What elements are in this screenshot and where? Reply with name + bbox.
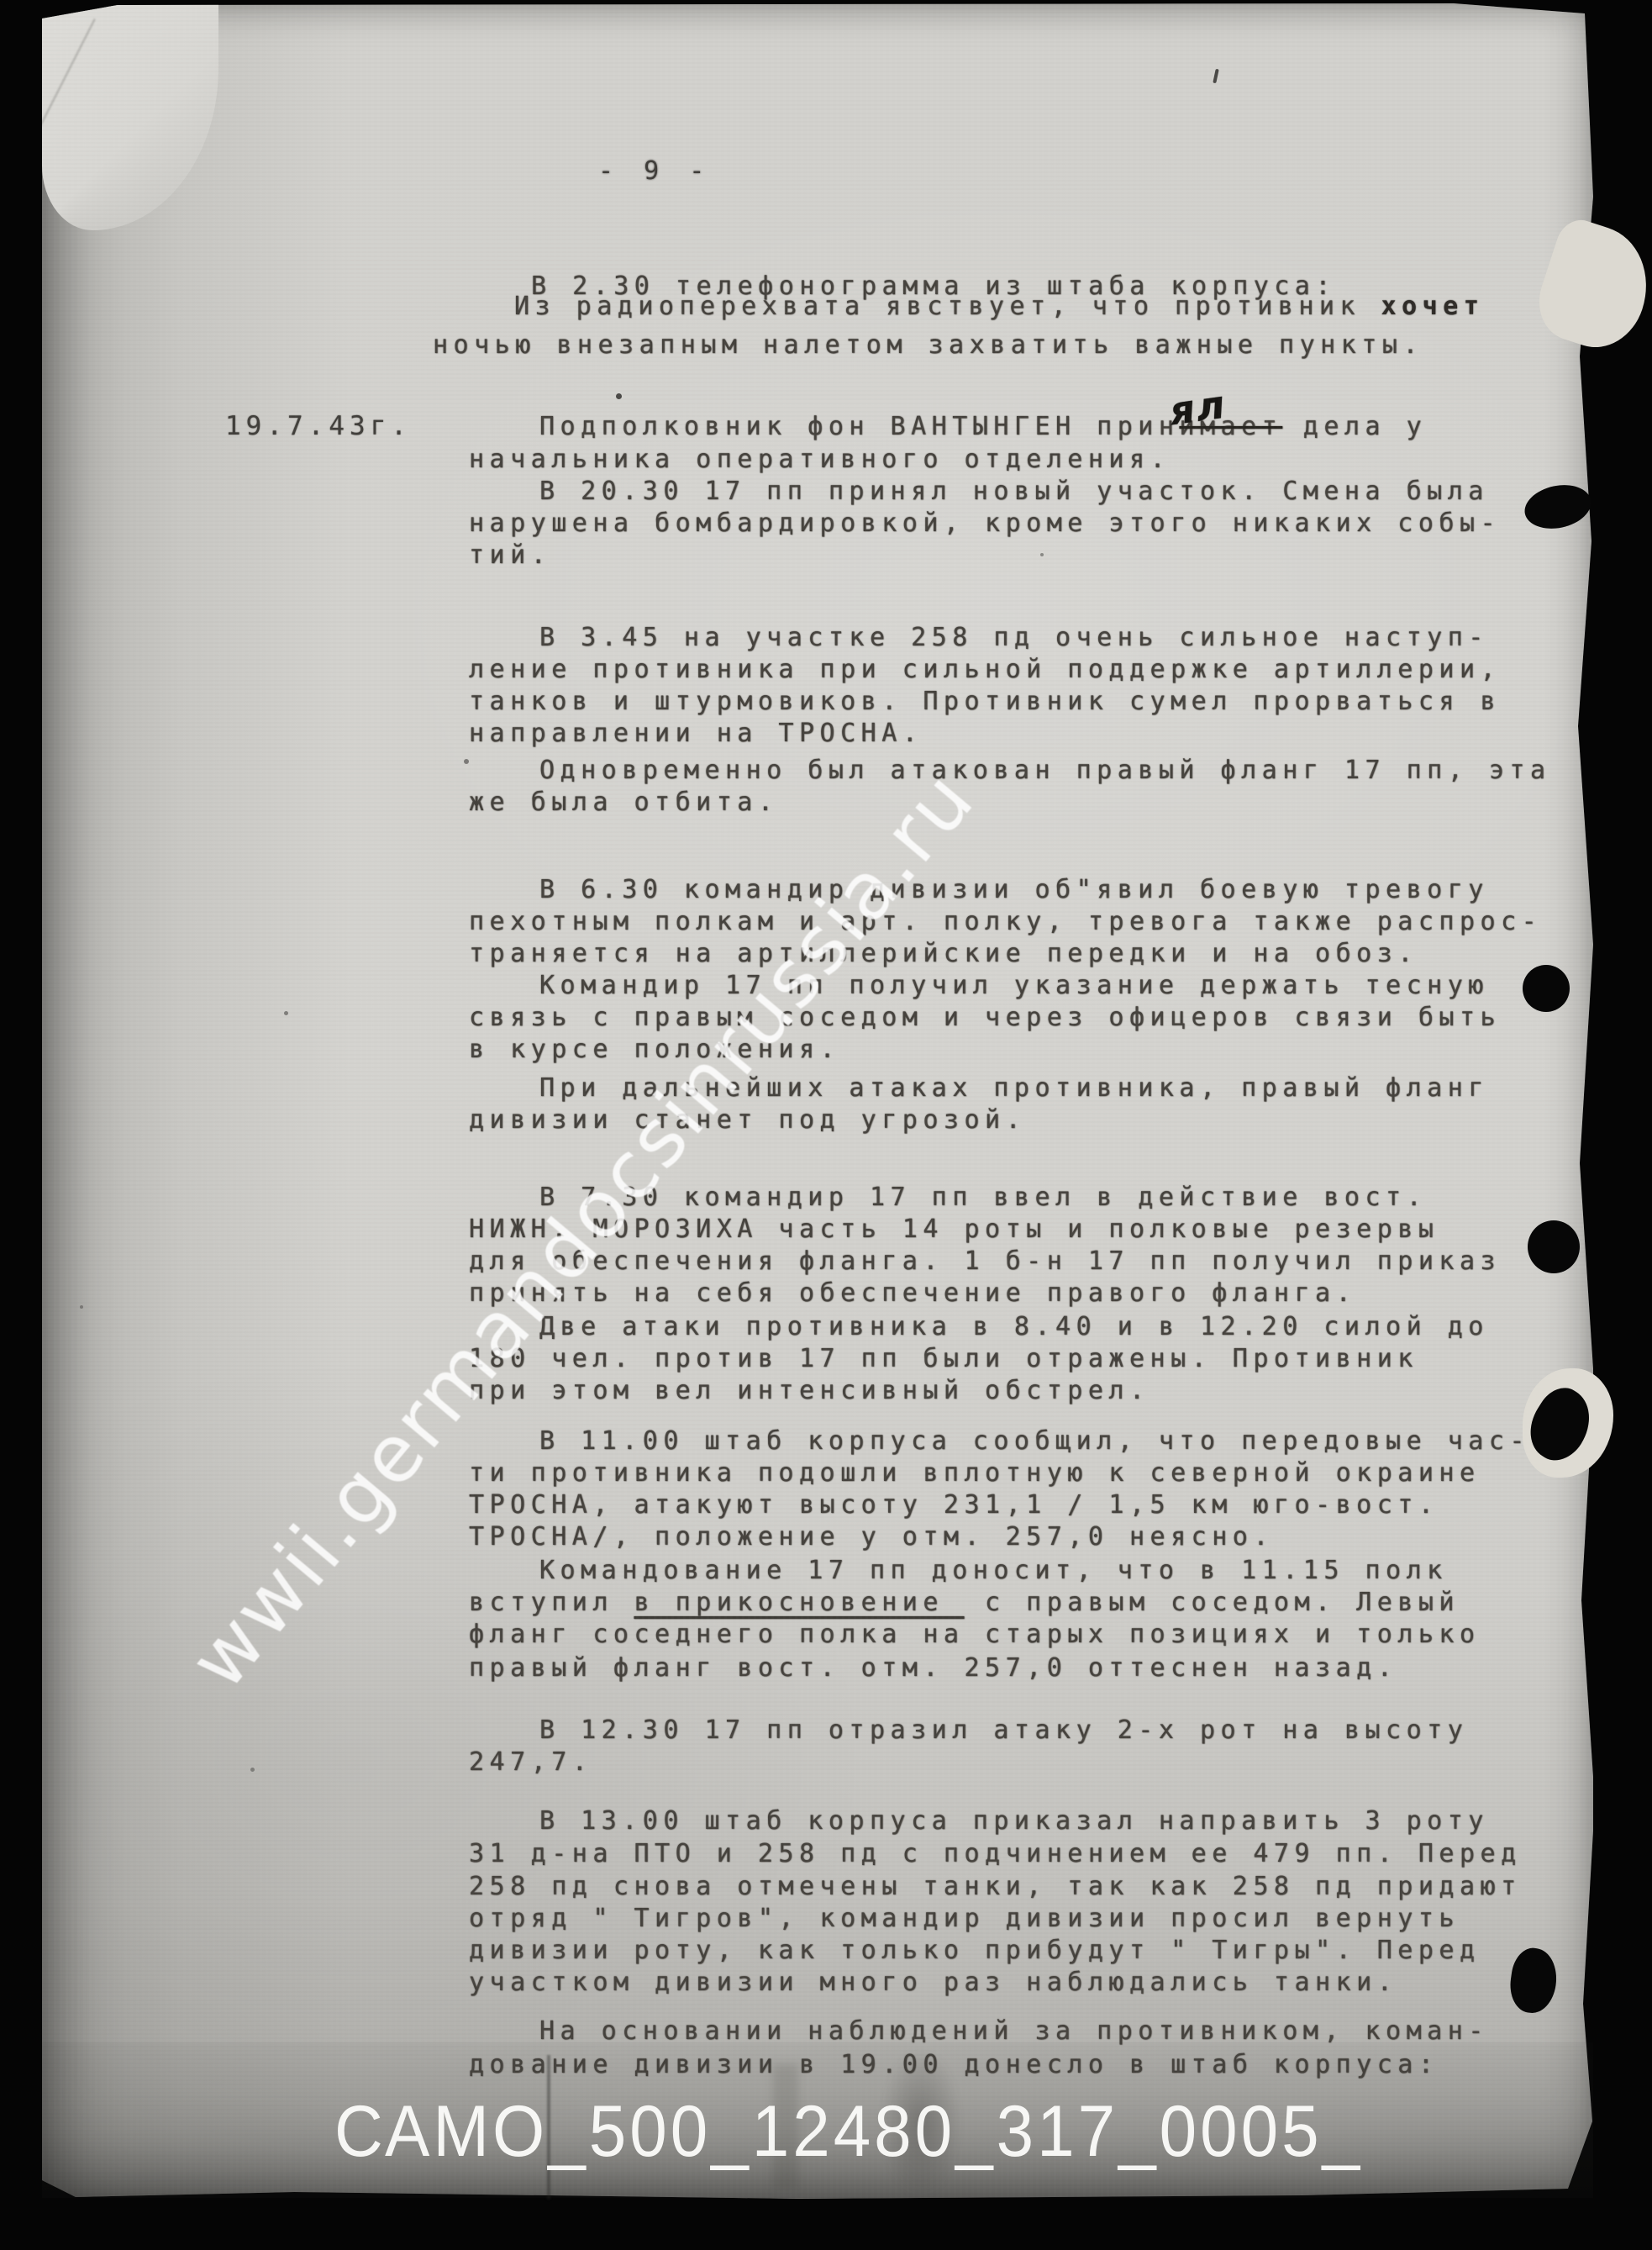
typewritten-line: отряд " Тигров", командир дивизии просил… [469,1903,1460,1935]
typewritten-line: правый фланг вост. отм. 257,0 оттеснен н… [469,1652,1397,1684]
punch-hole [1528,1220,1580,1273]
typewritten-line: ТРОСНА, атакуют высоту 231,1 / 1,5 км юг… [469,1489,1439,1521]
page-number: - 9 - [598,156,712,186]
typewritten-line: В 20.30 17 пп принял новый участок. Смен… [539,476,1489,508]
typewritten-line: Две атаки противника в 8.40 и в 12.20 си… [539,1311,1489,1343]
typewritten-line: траняется на артиллерийские передки и на… [469,938,1418,970]
archive-reference-caption: САМО_500_12480_317_0005_ [334,2089,1363,2173]
typewritten-line: Из радиоперехвата явствует, что противни… [514,291,1484,323]
typewritten-line: фланг соседнего полка на старых позициях… [469,1619,1481,1651]
typewritten-line: 258 пд снова отмечены танки, так как 258… [469,1871,1522,1903]
typewritten-line: 247,7. [469,1747,592,1778]
torn-corner-patch [42,3,218,230]
typewritten-line: 31 д-на ПТО и 258 пд с подчинением ее 47… [469,1838,1522,1870]
typewritten-line: ти противника подошли вплотную к северно… [469,1457,1481,1489]
scanned-page: - 9 - 19.7.43г. В 2.30 телефонограмма из… [42,3,1593,2199]
typewritten-line: В 13.00 штаб корпуса приказал направить … [539,1805,1489,1837]
typewritten-line: На основании наблюдений за противником, … [539,2016,1489,2047]
typewritten-line: ление противника при сильной поддержке а… [469,654,1501,686]
typewritten-line: тий. [469,540,551,572]
typewritten-line: ТРОСНА/, положение у отм. 257,0 неясно. [469,1521,1274,1553]
typewritten-line: связь с правым соседом и через офицеров … [469,1002,1501,1034]
typewritten-line: В 6.30 командир дивизии об"явил боевую т… [539,874,1489,906]
typewritten-line: направлении на ТРОСНА. [469,718,923,750]
ink-speck [80,1305,83,1309]
typewritten-line: Одновременно был атакован правый фланг 1… [539,755,1551,787]
typewritten-line: дивизии роту, как только прибудут " Тигр… [469,1935,1481,1967]
typewritten-line: В 12.30 17 пп отразил атаку 2-х рот на в… [539,1715,1468,1747]
ink-speck [250,1768,255,1772]
typewritten-line: участком дивизии много раз наблюдались т… [469,1967,1397,1999]
typewritten-line: Командир 17 пп получил указание держать … [539,970,1489,1002]
ink-speck [616,393,622,399]
typewritten-line: ночью внезапным налетом захватить важные… [433,329,1423,361]
punch-hole [1523,965,1570,1012]
ink-speck [464,759,469,764]
typewritten-line: пехотным полкам и арт. полку, тревога та… [469,906,1542,938]
typewritten-line: же была отбита. [469,787,778,819]
ink-speck [284,1011,288,1015]
typewritten-line: В 11.00 штаб корпуса сообщил, что передо… [539,1425,1530,1457]
typewritten-line: Командование 17 пп доносит, что в 11.15 … [539,1555,1448,1587]
typewritten-line: 180 чел. против 17 пп были отражены. Про… [469,1343,1418,1375]
ink-speck [1040,553,1044,556]
typewritten-line: В 3.45 на участке 258 пд очень сильное н… [539,622,1489,654]
margin-date: 19.7.43г. [225,411,412,441]
handwritten-correction: ял [1167,382,1229,435]
typewritten-line: начальника оперативного отделения. [469,444,1171,476]
typewritten-line: Подполковник фон ВАНТЫНГЕН принимает дел… [539,411,1427,443]
scan-viewport: - 9 - 19.7.43г. В 2.30 телефонограмма из… [0,0,1652,2250]
typewritten-line: при этом вел интенсивный обстрел. [469,1375,1150,1407]
typewritten-line: дование дивизии в 19.00 донесло в штаб к… [469,2049,1439,2081]
typewritten-line: танков и штурмовиков. Противник сумел пр… [469,686,1501,718]
typewritten-line: вступил в прикосновение с правым соседом… [469,1587,1460,1619]
typewritten-line: нарушена бомбардировкой, кроме этого ник… [469,508,1501,540]
